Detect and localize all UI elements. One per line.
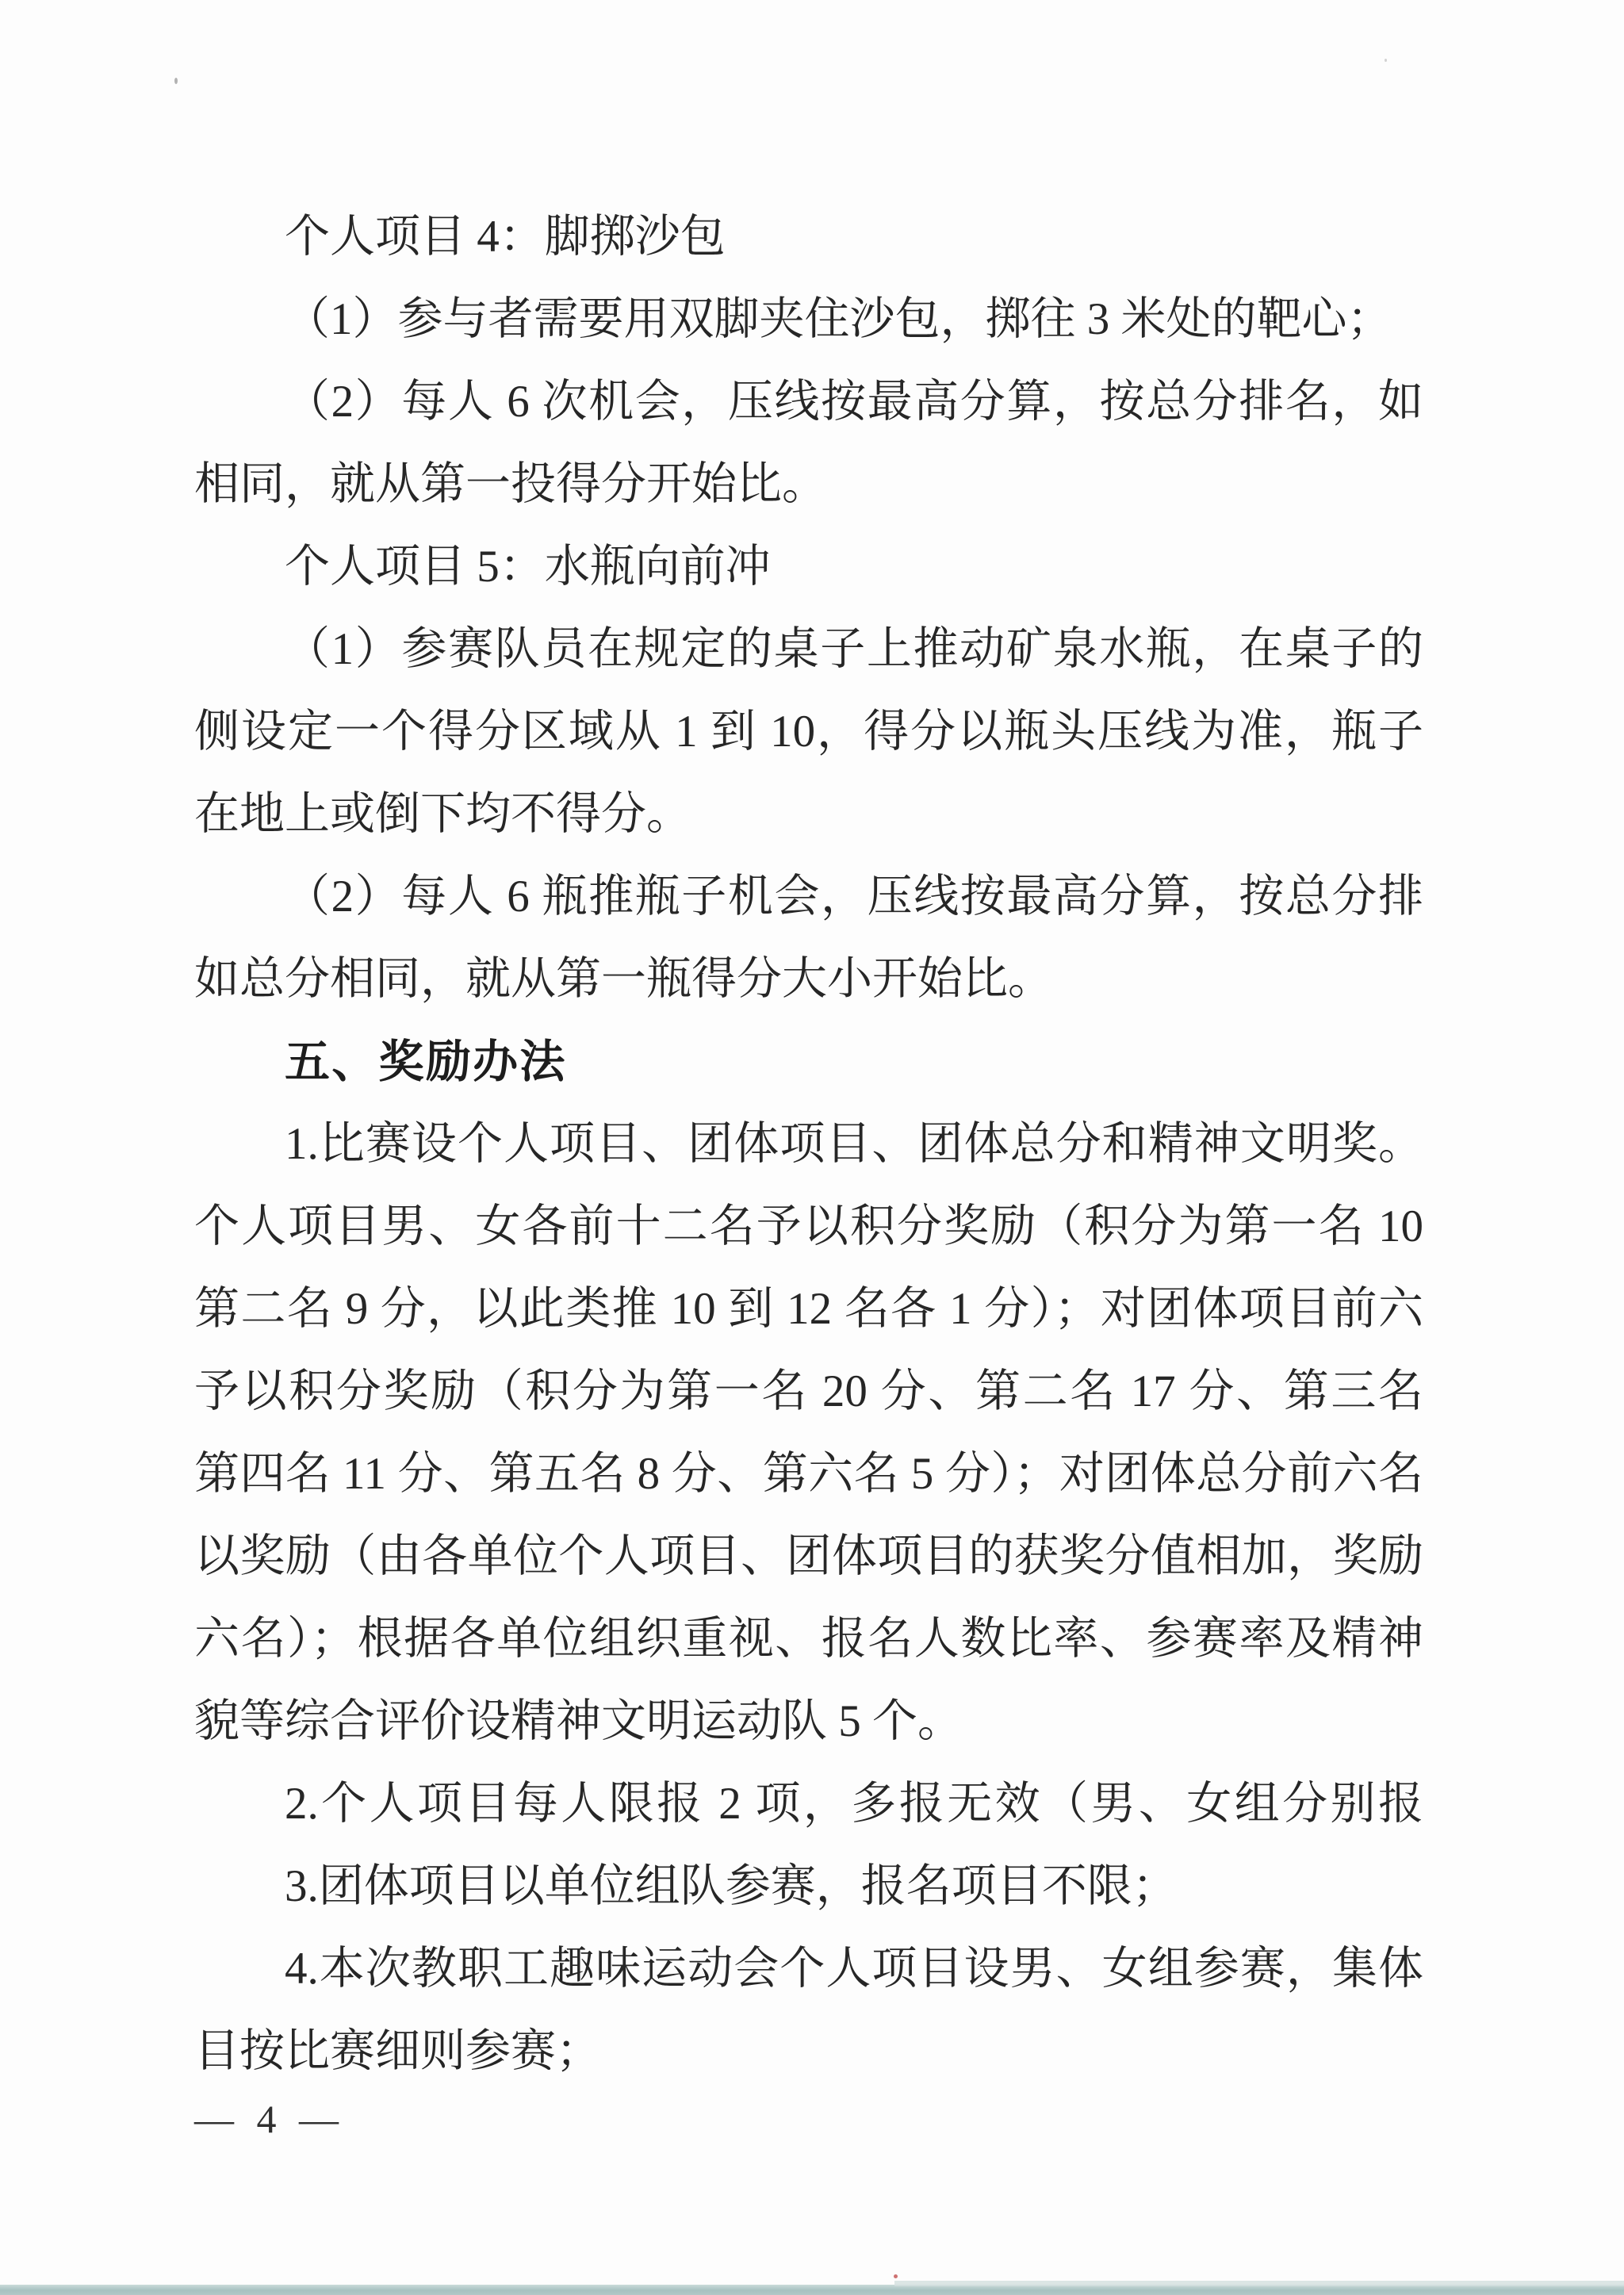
- scan-edge-band: [0, 2285, 1624, 2295]
- text-line: 六名）；根据各单位组织重视、报名人数比率、参赛率及精神风: [194, 1598, 1423, 1680]
- scan-speck: [894, 2274, 898, 2278]
- text-line: 个人项目男、女各前十二名予以积分奖励（积分为第一名 10 分、: [194, 1186, 1423, 1268]
- text-line: 第二名 9 分，以此类推 10 到 12 名各 1 分）；对团体项目前六名: [194, 1268, 1423, 1351]
- text-line: （2）每人 6 瓶推瓶子机会，压线按最高分算，按总分排名，: [194, 856, 1423, 938]
- section-heading: 五、奖励办法: [194, 1021, 1423, 1103]
- text-line: 侧设定一个得分区域从 1 到 10，得分以瓶头压线为准，瓶子掉落: [194, 691, 1423, 773]
- text-line: 在地上或倒下均不得分。: [194, 773, 1423, 856]
- scan-speck: [174, 78, 178, 84]
- text-line: 以奖励（由各单位个人项目、团体项目的获奖分值相加，奖励前: [194, 1515, 1423, 1598]
- scanned-document-page: 个人项目 4：脚掷沙包 （1）参与者需要用双脚夹住沙包，掷往 3 米处的靶心； …: [0, 0, 1624, 2295]
- text-line: 2.个人项目每人限报 2 项，多报无效（男、女组分别报名）；: [194, 1763, 1423, 1845]
- text-line: 3.团体项目以单位组队参赛，报名项目不限；: [194, 1845, 1423, 1928]
- text-line: 个人项目 5：水瓶向前冲: [194, 526, 1423, 608]
- text-line: 第四名 11 分、第五名 8 分、第六名 5 分）；对团体总分前六名予: [194, 1433, 1423, 1515]
- text-line: （1）参与者需要用双脚夹住沙包，掷往 3 米处的靶心；: [194, 278, 1423, 361]
- scan-edge-band-highlight: [894, 2281, 1624, 2286]
- text-line: 相同，就从第一投得分开始比。: [194, 443, 1423, 526]
- text-line: 予以积分奖励（积分为第一名 20 分、第二名 17 分、第三名 14 分、: [194, 1351, 1423, 1433]
- text-line: 目按比赛细则参赛；: [194, 2010, 1423, 2093]
- text-line: （1）参赛队员在规定的桌子上推动矿泉水瓶，在桌子的另一: [194, 608, 1423, 691]
- text-line: 个人项目 4：脚掷沙包: [194, 196, 1423, 278]
- scan-speck: [1385, 59, 1387, 62]
- page-number: — 4 —: [194, 2079, 345, 2159]
- text-line: 如总分相同，就从第一瓶得分大小开始比。: [194, 938, 1423, 1021]
- document-body: 个人项目 4：脚掷沙包 （1）参与者需要用双脚夹住沙包，掷往 3 米处的靶心； …: [194, 196, 1423, 2093]
- text-line: 貌等综合评价设精神文明运动队 5 个。: [194, 1680, 1423, 1763]
- text-line: 1.比赛设个人项目、团体项目、团体总分和精神文明奖。对: [194, 1103, 1423, 1186]
- text-line: 4.本次教职工趣味运动会个人项目设男、女组参赛，集体项: [194, 1928, 1423, 2010]
- text-line: （2）每人 6 次机会，压线按最高分算，按总分排名，如总分: [194, 361, 1423, 443]
